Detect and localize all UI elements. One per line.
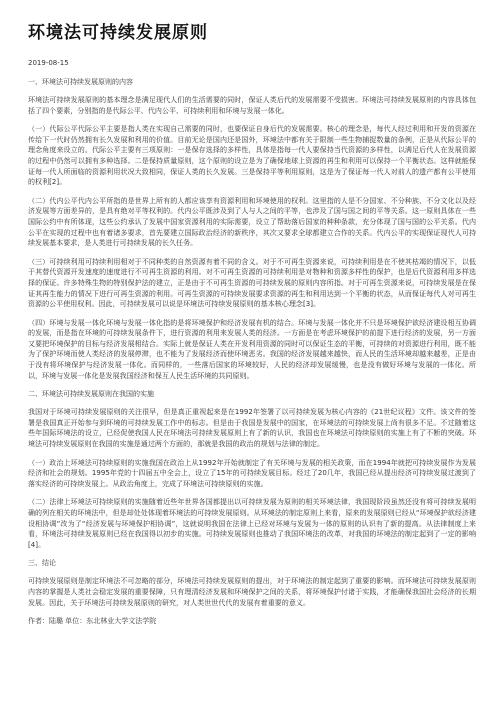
paragraph: （四）环境与发展一体化环境与发展一体化指的是将环境保护和经济发展有机的结合。环境…	[28, 318, 476, 382]
paragraph: （二）法律上环境法可持续原则的实施随着近些年世界各国都提出以可持续发展为原则的相…	[28, 497, 476, 550]
paragraph: （一）代际公平代际公平主要是指人类在实现自己需要的同时，也要保证自身后代的发展需…	[28, 124, 476, 188]
section-heading-2: 二、环境法可持续发展原则在我国的实施	[28, 389, 476, 399]
paragraph: （二）代内公平代内公平所指的是世界上所有的人都应该享有资源利用和环境使用的权利。…	[28, 196, 476, 249]
paragraph: （三）可持续利用可持续利用相对于不同种类的自然资源有着不同的含义。对于不可再生资…	[28, 257, 476, 310]
section-heading-1: 一、环境法可持续发展原则的内容	[28, 77, 476, 87]
paragraph: （一）政治上环境法可持续原则的实施我国在政治上从1992年开始就制定了有关环境与…	[28, 458, 476, 490]
paragraph: 我国对于环境可持续发展原则的关注很早，但是真正重视起来是在1992年签署了以可持…	[28, 407, 476, 449]
publish-date: 2019-08-15	[28, 58, 476, 68]
section-heading-3: 三、结论	[28, 558, 476, 568]
author-line: 作者：陆璐 单位：东北林业大学文法学院	[28, 616, 476, 626]
article-page: 环境法可持续发展原则 2019-08-15 一、环境法可持续发展原则的内容 环境…	[0, 0, 504, 626]
paragraph: 可持续发展原则是制定环境法不可忽略的部分，环境法可持续发展原则的提出，对于环境法…	[28, 576, 476, 608]
paragraph: 环境法可持续发展原则的基本理念是满足现代人们的生活需要的同时，保证人类后代的发展…	[28, 95, 476, 116]
article-title: 环境法可持续发展原则	[28, 22, 476, 44]
